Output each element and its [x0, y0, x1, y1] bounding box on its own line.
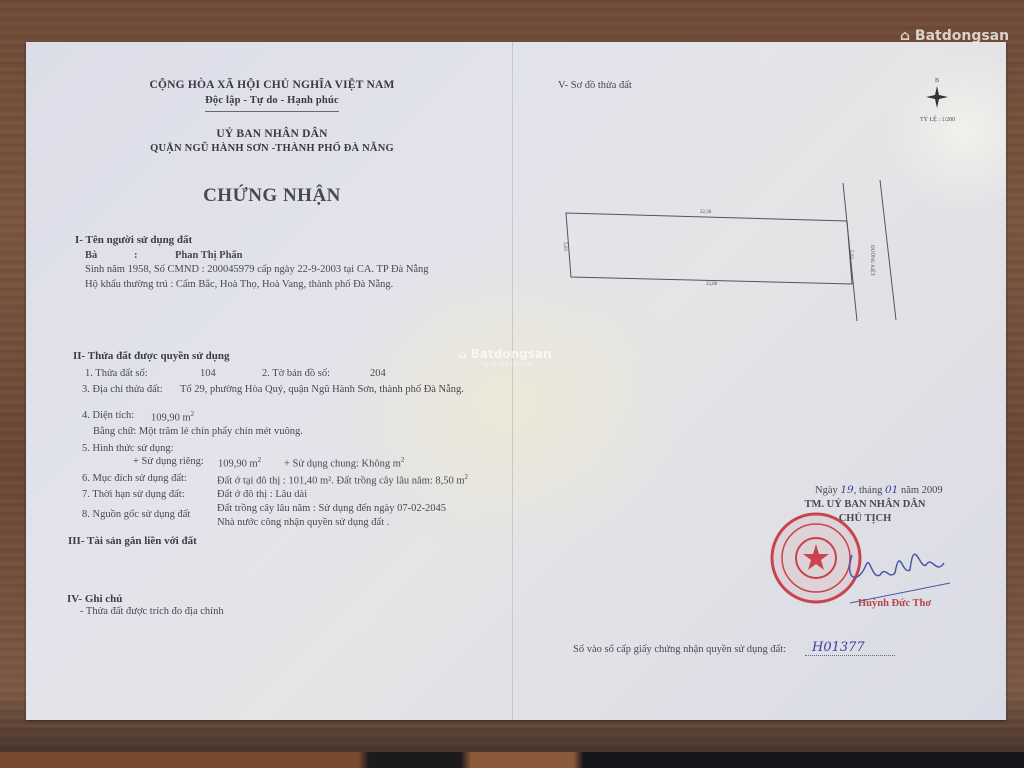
registry-number: H01377 [812, 641, 865, 654]
registry-label: Số vào sổ cấp giấy chứng nhận quyền sử d… [573, 645, 786, 656]
registry-dotted-line [805, 655, 895, 657]
signer-name: Huỳnh Đức Thơ [858, 599, 931, 610]
road-label: ĐƯỜNG KIỆT [869, 245, 874, 276]
right-edge-length: 5,03 [848, 250, 853, 259]
bottom-edge-length: 22,86 [706, 282, 717, 287]
top-edge-length: 22,36 [700, 210, 711, 215]
plot-diagram [0, 0, 1024, 768]
issue-date: Ngày 19, tháng 01 năm 2009 [815, 485, 943, 497]
signing-org: TM. UỶ BAN NHÂN DÂN [804, 500, 925, 511]
left-edge-length: 5,03 [562, 242, 567, 251]
